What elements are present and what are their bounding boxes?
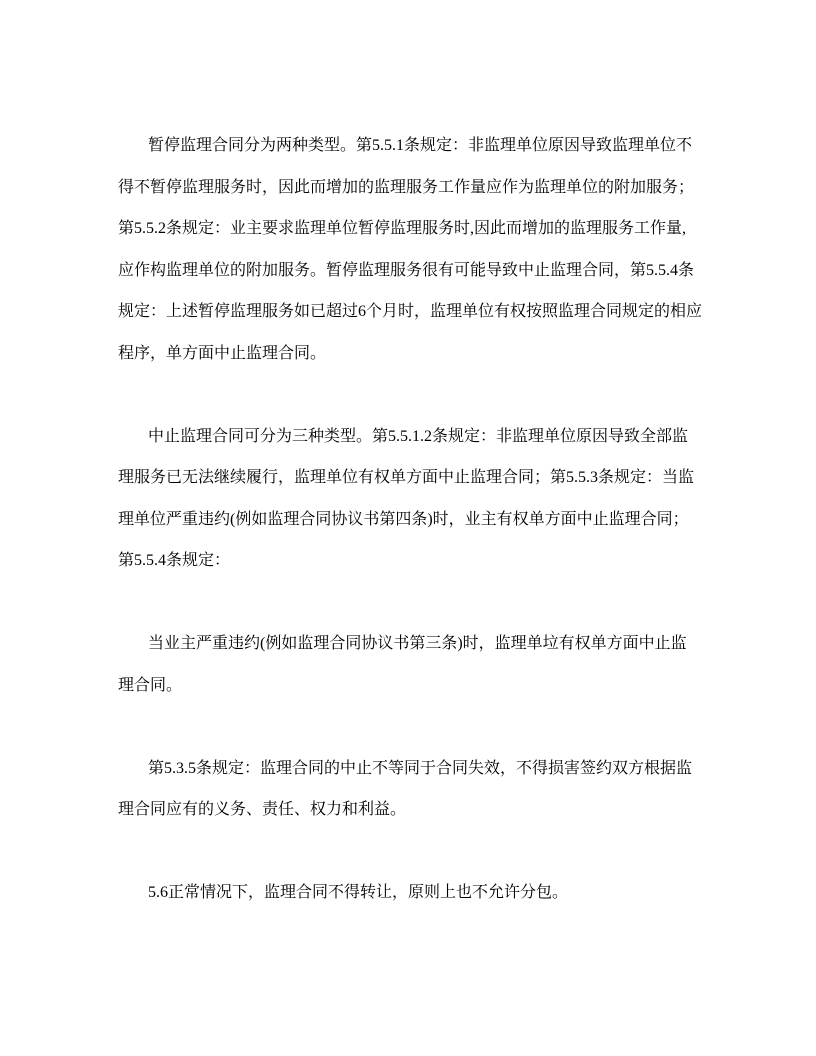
paragraph-5: 5.6正常情况下，监理合同不得转让，原则上也不允许分包。	[118, 872, 700, 914]
paragraph-1: 暂停监理合同分为两种类型。第5.5.1条规定：非监理单位原因导致监理单位不 得不…	[118, 125, 700, 374]
document-body: 暂停监理合同分为两种类型。第5.5.1条规定：非监理单位原因导致监理单位不 得不…	[118, 125, 700, 914]
text-line: 中止监理合同可分为三种类型。第5.5.1.2条规定：非监理单位原因导致全部监	[118, 416, 700, 458]
text-line: 第5.3.5条规定：监理合同的中止不等同于合同失效，不得损害签约双方根据监	[118, 748, 700, 790]
text-line: 程序，单方面中止监理合同。	[118, 333, 700, 375]
text-line: 当业主严重违约(例如监理合同协议书第三条)时，监理单垃有权单方面中止监	[118, 623, 700, 665]
text-line: 理合同。	[118, 665, 700, 707]
text-line: 得不暂停监理服务时，因此而增加的监理服务工作量应作为监理单位的附加服务；	[118, 167, 700, 209]
text-line: 理单位严重违约(例如监理合同协议书第四条)时，业主有权单方面中止监理合同；	[118, 499, 700, 541]
paragraph-4: 第5.3.5条规定：监理合同的中止不等同于合同失效，不得损害签约双方根据监 理合…	[118, 748, 700, 831]
text-line: 暂停监理合同分为两种类型。第5.5.1条规定：非监理单位原因导致监理单位不	[118, 125, 700, 167]
text-line: 理服务已无法继续履行，监理单位有权单方面中止监理合同；第5.5.3条规定：当监	[118, 457, 700, 499]
text-line: 第5.5.4条规定：	[118, 540, 700, 582]
text-line: 5.6正常情况下，监理合同不得转让，原则上也不允许分包。	[118, 872, 700, 914]
text-line: 规定：上述暂停监理服务如已超过6个月时，监理单位有权按照监理合同规定的相应	[118, 291, 700, 333]
text-line: 理合同应有的义务、责任、权力和利益。	[118, 789, 700, 831]
text-line: 应作构监理单位的附加服务。暂停监理服务很有可能导致中止监理合同，第5.5.4条	[118, 250, 700, 292]
paragraph-3: 当业主严重违约(例如监理合同协议书第三条)时，监理单垃有权单方面中止监 理合同。	[118, 623, 700, 706]
text-line: 第5.5.2条规定：业主要求监理单位暂停监理服务时,因此而增加的监理服务工作量,	[118, 208, 700, 250]
document-page: 暂停监理合同分为两种类型。第5.5.1条规定：非监理单位原因导致监理单位不 得不…	[0, 0, 816, 1056]
paragraph-2: 中止监理合同可分为三种类型。第5.5.1.2条规定：非监理单位原因导致全部监 理…	[118, 416, 700, 582]
